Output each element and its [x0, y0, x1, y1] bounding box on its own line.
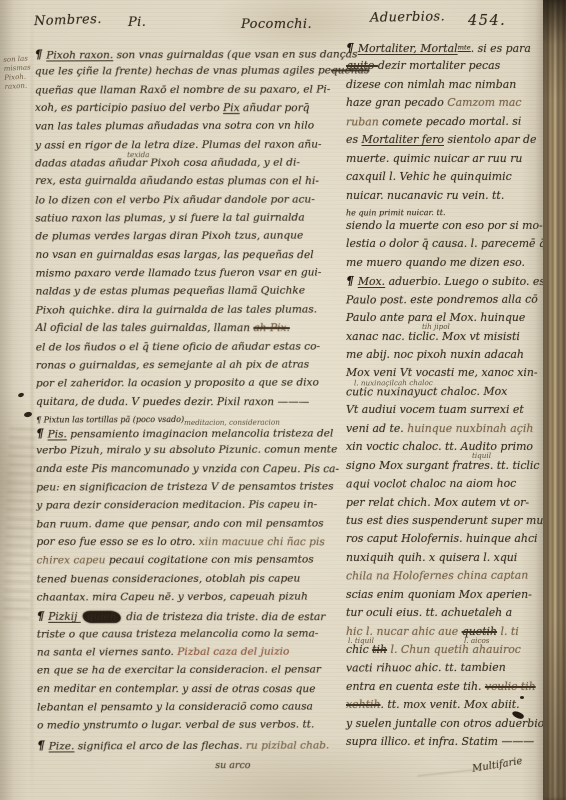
text-run: dizese con nimlah mac nimban [346, 78, 516, 91]
text-line: Paulo post. este pondremos alla cō [346, 292, 543, 311]
text-run: tus est dies suspenderunt super mu- [346, 514, 543, 527]
page-crease [31, 0, 33, 800]
text-run: dadas atadas añudar Pixoh cosa añudada, … [35, 157, 300, 170]
text-line: rex, esta guirnalda añudando estas pluma… [35, 175, 339, 194]
text-line: satiuo raxon las plumas, y si fuere la t… [35, 212, 339, 231]
text-run: Mortaliter, Mortal [358, 42, 458, 55]
text-run: xin voctic chaloc. tt. Audito primo [346, 440, 533, 453]
text-run: Pis. [48, 428, 67, 440]
text-run: anda este Pis mancomunado y vnzida con C… [36, 462, 339, 474]
text-line: ¶ Pizkij quieh dia de tristeza dia trist… [37, 609, 341, 628]
text-run: por eso fue esso se es lo otro. [36, 536, 198, 548]
text-line: ban ruum. dame que pensar, ando con mil … [36, 517, 340, 536]
text-line: el de los ñudos o el q̄ tiene oficio de … [36, 340, 340, 359]
text-line: peu: en significacion de tristeza V de p… [36, 480, 340, 499]
header-language: Pocomchi. [241, 17, 312, 32]
text-line: ¶ Pize. significa el arco de las flechas… [37, 737, 341, 756]
text-run: son vnas guirnaldas (que vsan en sus dan… [113, 48, 357, 61]
text-run: y para dezir consideracion meditacion. P… [36, 499, 317, 512]
text-run: chila na Holofernes china captan [346, 569, 528, 583]
text-run: Camzom mac [447, 96, 521, 109]
text-run: añudar porq̄ [240, 102, 310, 114]
text-line: muerte. quimic nuicar ar ruu ru [346, 152, 543, 170]
text-run: na santa el viernes santo. [37, 646, 177, 658]
text-line: chila na Holofernes china captan [346, 569, 543, 588]
text-run: y assi en rigor de la letra dize. Plumas… [35, 138, 322, 151]
text-run: . tt. mox venit. Mox abiit. [380, 698, 519, 711]
text-run: el de los ñudos o el q̄ tiene oficio de … [36, 340, 320, 353]
text-run: es [346, 133, 362, 146]
text-run: Pizkij [48, 611, 81, 623]
text-line: siendo la muerte con eso por si mo- [346, 219, 543, 237]
text-run: Pixoh. [4, 73, 26, 82]
text-run: Pize. [49, 740, 75, 752]
text-run: ¶ [35, 47, 47, 61]
right-text-column: ¶ Mortaliter, Mortalmte. si es paraquito… [346, 41, 543, 772]
page-number: 454. [468, 13, 506, 29]
text-run: lestia o dolor q̄ causa. l. parecemē q̄ [346, 237, 543, 250]
text-line: mismo paxaro verde llamado tzus fueron v… [35, 267, 339, 286]
text-run: lo lo dizen con el verbo Pix añudar dand… [35, 193, 315, 206]
text-run: mte [458, 43, 471, 51]
text-line: tur oculi eius. tt. achuetaleh a [346, 606, 543, 624]
text-run: por el zaheridor. la ocasion y proposito… [36, 377, 319, 390]
text-run: ban ruum. dame que pensar, ando con mil … [36, 517, 323, 530]
text-run: naldas y de estas plumas pequeñas llamã … [36, 285, 306, 298]
text-run: veni ad te. [346, 422, 407, 435]
text-line: ¶ Pixoh raxon. son vnas guirnaldas (que … [35, 46, 339, 65]
text-run: vacti rihuoc ahic. tt. tambien [346, 661, 506, 675]
text-run: sientolo apar de [444, 133, 536, 146]
text-run: xiin macuue chi ñac pis [199, 536, 325, 548]
text-run: Pixoh quichke. dira la guirnalda de las … [36, 303, 317, 316]
text-line: dizese con nimlah mac nimban [346, 78, 543, 96]
text-line: lestia o dolor q̄ causa. l. parecemē q̄ [346, 237, 543, 255]
text-line: nuxiquih quih. x quisera l. xqui [346, 551, 543, 569]
text-line: na santa el viernes santo. Pizbal caza d… [37, 645, 341, 664]
text-run: Vt audiui vocem tuam surrexi et [346, 403, 524, 416]
text-line: lo lo dizen con el verbo Pix añudar dand… [35, 193, 339, 212]
text-run: xoh, es participio pasiuo del verbo [35, 102, 223, 114]
text-line: hic l. nucar ahic aue quetih l. ti [346, 625, 543, 643]
text-run: en meditar en contemplar. y assi de otra… [37, 683, 316, 695]
text-run: de plumas verdes largas diran Pixoh tzus… [35, 230, 303, 243]
interlinear-insert: l. nuxinaçilcah chaloc [354, 377, 433, 386]
interlinear-insert: texida [127, 150, 149, 159]
text-run: ah Pix. [253, 322, 289, 334]
text-line: dadas atadas añudar Pixoh cosa añudada, … [35, 157, 339, 176]
text-run: en que se ha de exercitar la consideraci… [37, 664, 321, 677]
text-line: per relat chich. Mox autem vt or- [346, 496, 543, 514]
text-run: quito [346, 59, 378, 72]
text-run: xehtih [346, 698, 380, 711]
text-line: ruban comete pecado mortal. si [346, 114, 543, 133]
text-run: . si es para [471, 42, 531, 55]
text-run: Mortaliter fero [362, 133, 444, 146]
text-run: ruban [346, 115, 379, 128]
text-run: dia de tristeza dia triste. dia de estar [123, 611, 325, 623]
text-run: Paulo post. este pondremos alla cō [346, 292, 538, 306]
text-line: por el zaheridor. la ocasion y proposito… [36, 377, 340, 396]
text-line: por eso fue esso se es lo otro. xiin mac… [36, 536, 340, 555]
text-line: raxon. [4, 81, 38, 92]
text-line: naldas y de estas plumas pequeñas llamã … [36, 285, 340, 304]
text-run: per relat chich. Mox autem vt or- [346, 496, 529, 509]
text-line: chaantax. mira Capeu nē. y verbos, capeu… [37, 590, 341, 609]
text-run: raxon. [4, 82, 27, 91]
text-run: l. ti [497, 625, 519, 638]
text-line: quitara, de duda. V puedes dezir. Pixil … [36, 395, 340, 414]
text-line: en que se ha de exercitar la consideraci… [37, 664, 341, 683]
text-line: he quin primit nuicar. tt. [346, 207, 543, 220]
header-section-left: Nombres. [34, 12, 102, 29]
text-line: anda este Pis mancomunado y vnzida con C… [36, 462, 340, 481]
text-line: scias enim quoniam Mox aperien- [346, 588, 543, 606]
text-run: ¶ [346, 274, 358, 288]
text-run: comete pecado mortal. si [379, 114, 522, 128]
text-line: Multifarie [346, 753, 543, 772]
text-run: o medio ynstrumto o lugar. verbal de sus… [37, 719, 314, 732]
text-run: tur oculi eius. tt. achuetaleh a [346, 606, 512, 619]
text-run: aduerbio. Luego o subito. es [385, 275, 543, 288]
ink-spot [520, 696, 524, 699]
text-run: entra en cuenta este tih. [346, 680, 485, 693]
text-run: quitara, de duda. V puedes dezir. Pixil … [36, 395, 309, 407]
text-line: su arco [37, 756, 341, 775]
text-line: o medio ynstrumto o lugar. verbal de sus… [37, 719, 341, 738]
text-run: signo Mox surgant fratres. tt. ticlic [346, 459, 539, 472]
text-run: nuicar. nucanavic ru vein. tt. [346, 189, 504, 202]
text-run: significa el arco de las flechas. [74, 740, 246, 753]
text-run: ¶ [36, 426, 48, 440]
text-line: aqui voclot chaloc na aiom hoc [346, 477, 543, 496]
text-run: pensamiento imaginacion melancolia trist… [67, 427, 334, 440]
ink-spot [17, 392, 24, 398]
text-line: chirex capeu pecaui cogitatione con mis … [37, 554, 341, 573]
text-run: l. Chun quetih ahauiroc [387, 643, 521, 656]
interlinear-insert: l. tiquil [348, 636, 374, 645]
text-line: ronas o guirnaldas, es semejante al ah p… [36, 358, 340, 377]
text-run: lebantan el pensamto y la consideraciõ c… [37, 701, 313, 714]
manuscript-page: Nombres. Pi. Pocomchi. Aduerbios. 454. s… [0, 0, 543, 800]
text-run: mismo paxaro verde llamado tzus fueron v… [35, 267, 321, 280]
interlinear-insert: tiquil [472, 451, 491, 460]
text-run: triste o que causa tristeza melancolia c… [37, 627, 319, 640]
text-line: de plumas verdes largas diran Pixoh tzus… [35, 230, 339, 249]
text-run: rex, esta guirnalda añudando estas pluma… [35, 175, 319, 187]
text-run: Pix [223, 102, 240, 114]
text-run: verbo Pizuh, miralo y su absoluto Pizuni… [36, 444, 337, 457]
text-line: y para dezir consideracion meditacion. P… [36, 499, 340, 518]
text-line: y suelen juntalle con otros aduerbios [346, 717, 543, 735]
text-line: tus est dies suspenderunt super mu- [346, 514, 543, 532]
text-run: haze gran pecado [346, 96, 447, 109]
text-run: queñas que llaman Raxō el nombre de su p… [35, 83, 330, 96]
text-run: Pizbal caza del juizio [177, 646, 289, 658]
text-run: siendo la muerte con eso por si mo- [346, 219, 543, 232]
text-line: tened buenas consideraciones, otoblah pi… [37, 572, 341, 591]
text-run: ¶ [37, 609, 48, 623]
text-line: cutic nuxinayuct chaloc. Moxl. nuxinaçil… [346, 384, 543, 403]
text-line: veni ad te. huinque nuxbinah açih [346, 422, 543, 440]
text-run: ronas o guirnaldas, es semejante al ah p… [36, 358, 309, 371]
text-run: xanac nac. ticlic. Mox vt misisti [346, 330, 520, 343]
text-line: triste o que causa tristeza melancolia c… [37, 627, 341, 646]
text-line: signo Mox surgant fratres. tt. ticlictiq… [346, 459, 543, 477]
text-line: Vt audiui vocem tuam surrexi et [346, 403, 543, 421]
interlinear-insert: meditacion, consideracion [184, 418, 280, 427]
text-line: chic tih l. Chun quetih ahauirocl. tiqui… [346, 643, 543, 661]
text-run: ¶ [346, 41, 358, 55]
header-letter: Pi. [128, 15, 146, 30]
text-run: pecaui cogitatione con mis pensamtos [109, 554, 314, 567]
text-run: caxquil l. Vehic he quinquimic [346, 170, 512, 183]
text-line: verbo Pizuh, miralo y su absoluto Pizuni… [36, 444, 340, 463]
text-run: satiuo raxon las plumas, y si fuere la t… [35, 212, 304, 225]
text-run: huinque nuxbinah açih [407, 422, 533, 435]
interlinear-insert: tih jipol [422, 322, 450, 331]
text-line: ¶ Mox. aduerbio. Luego o subito. es [346, 274, 543, 292]
book-fore-edge [543, 0, 566, 800]
text-line: queñas que llaman Raxō el nombre de su p… [35, 83, 339, 102]
text-run: me muero quando me dizen eso. [346, 256, 525, 269]
text-line: me muero quando me dizen eso. [346, 256, 543, 274]
text-run: ¶ Pixtun las tortillas pã (poco vsado) [36, 415, 184, 425]
text-run: tened buenas consideraciones, otoblah pi… [37, 572, 301, 585]
header-section-right: Aduerbios. [370, 9, 445, 25]
text-run: Pixoh raxon. [46, 49, 113, 61]
text-run: muerte. quimic nuicar ar ruu ru [346, 152, 522, 165]
text-run: tih [372, 643, 387, 656]
text-run: chic [346, 643, 372, 656]
text-run: aqui voclot chaloc na aiom hoc [346, 477, 516, 491]
text-run: vculic tih [485, 680, 536, 693]
text-line: ros caput Holofernis. huinque ahci [346, 532, 543, 550]
text-line: supra illico. et infra. Statim ——— [346, 735, 543, 753]
text-run: dezir mortaliter pecas [378, 59, 500, 72]
text-run: me abij. noc pixoh nuxin adacah [346, 348, 524, 361]
text-run: van las tales plumas añudadas vna sotra … [35, 120, 314, 133]
text-run: chaantax. mira Capeu nē. y verbos, capeu… [37, 591, 308, 604]
text-line: y assi en rigor de la letra dize. Plumas… [35, 138, 339, 157]
text-line: en meditar en contemplar. y assi de otra… [37, 683, 341, 702]
text-line: van las tales plumas añudadas vna sotra … [35, 120, 339, 139]
text-run: scias enim quoniam Mox aperien- [346, 588, 532, 601]
left-text-column: ¶ Pixoh raxon. son vnas guirnaldas (que … [35, 46, 342, 774]
text-run: quieh [83, 611, 121, 623]
text-run: nuxiquih quih. x quisera l. xqui [346, 551, 517, 564]
margin-note: son lasmismasPixoh.raxon. [3, 54, 39, 92]
text-run: que les çiñe la frente) hechas de vnas p… [35, 65, 331, 78]
text-run: Al oficial de las tales guirnaldas, llam… [36, 322, 254, 334]
text-run: chirex capeu [37, 555, 109, 567]
text-line: quito dezir mortaliter pecas [346, 59, 543, 77]
text-line: me abij. noc pixoh nuxin adacah [346, 348, 543, 366]
text-run: no vsan en guirnaldas esas largas, las p… [35, 249, 313, 261]
text-line: Al oficial de las tales guirnaldas, llam… [36, 322, 340, 341]
text-line: caxquil l. Vehic he quinquimic [346, 170, 543, 188]
text-line: no vsan en guirnaldas esas largas, las p… [35, 249, 339, 268]
text-run: ru pizibal chab. [246, 739, 330, 751]
text-line: entra en cuenta este tih. vculic tih [346, 680, 543, 698]
text-line: vacti rihuoc ahic. tt. tambien [346, 661, 543, 680]
text-run: peu: en significacion de tristeza V de p… [36, 480, 333, 493]
text-line: xoh, es participio pasiuo del verbo Pix … [35, 102, 339, 121]
text-run: supra illico. et infra. Statim ——— [346, 735, 534, 748]
text-run: Mox. [358, 275, 385, 288]
text-line: haze gran pecado Camzom mac [346, 96, 543, 114]
text-run: ros caput Holofernis. huinque ahci [346, 532, 538, 545]
manuscript-scan: Nombres. Pi. Pocomchi. Aduerbios. 454. s… [0, 0, 566, 800]
text-line: nuicar. nucanavic ru vein. tt. [346, 189, 543, 207]
text-line: lebantan el pensamto y la consideraciõ c… [37, 700, 341, 719]
text-run: y suelen juntalle con otros aduerbios [346, 717, 543, 730]
text-run: mismas [4, 63, 31, 72]
text-line: ¶ Mortaliter, Mortalmte. si es para [346, 41, 543, 59]
interlinear-insert: l. aicos [464, 636, 490, 645]
text-run: he quin primit nuicar. tt. [346, 208, 446, 217]
text-line: Pixoh quichke. dira la guirnalda de las … [36, 303, 340, 322]
text-run: ¶ [37, 738, 49, 752]
text-line: xanac nac. ticlic. Mox vt misistitih jip… [346, 330, 543, 348]
text-run: son las [3, 55, 28, 64]
text-line: es Mortaliter fero sientolo apar de [346, 133, 543, 151]
text-run: su arco [215, 760, 250, 771]
text-line: que les çiñe la frente) hechas de vnas p… [35, 65, 339, 84]
text-line: ¶ Pis. pensamiento imaginacion melancoli… [36, 425, 340, 444]
text-line: xin voctic chaloc. tt. Audito primo [346, 440, 543, 458]
